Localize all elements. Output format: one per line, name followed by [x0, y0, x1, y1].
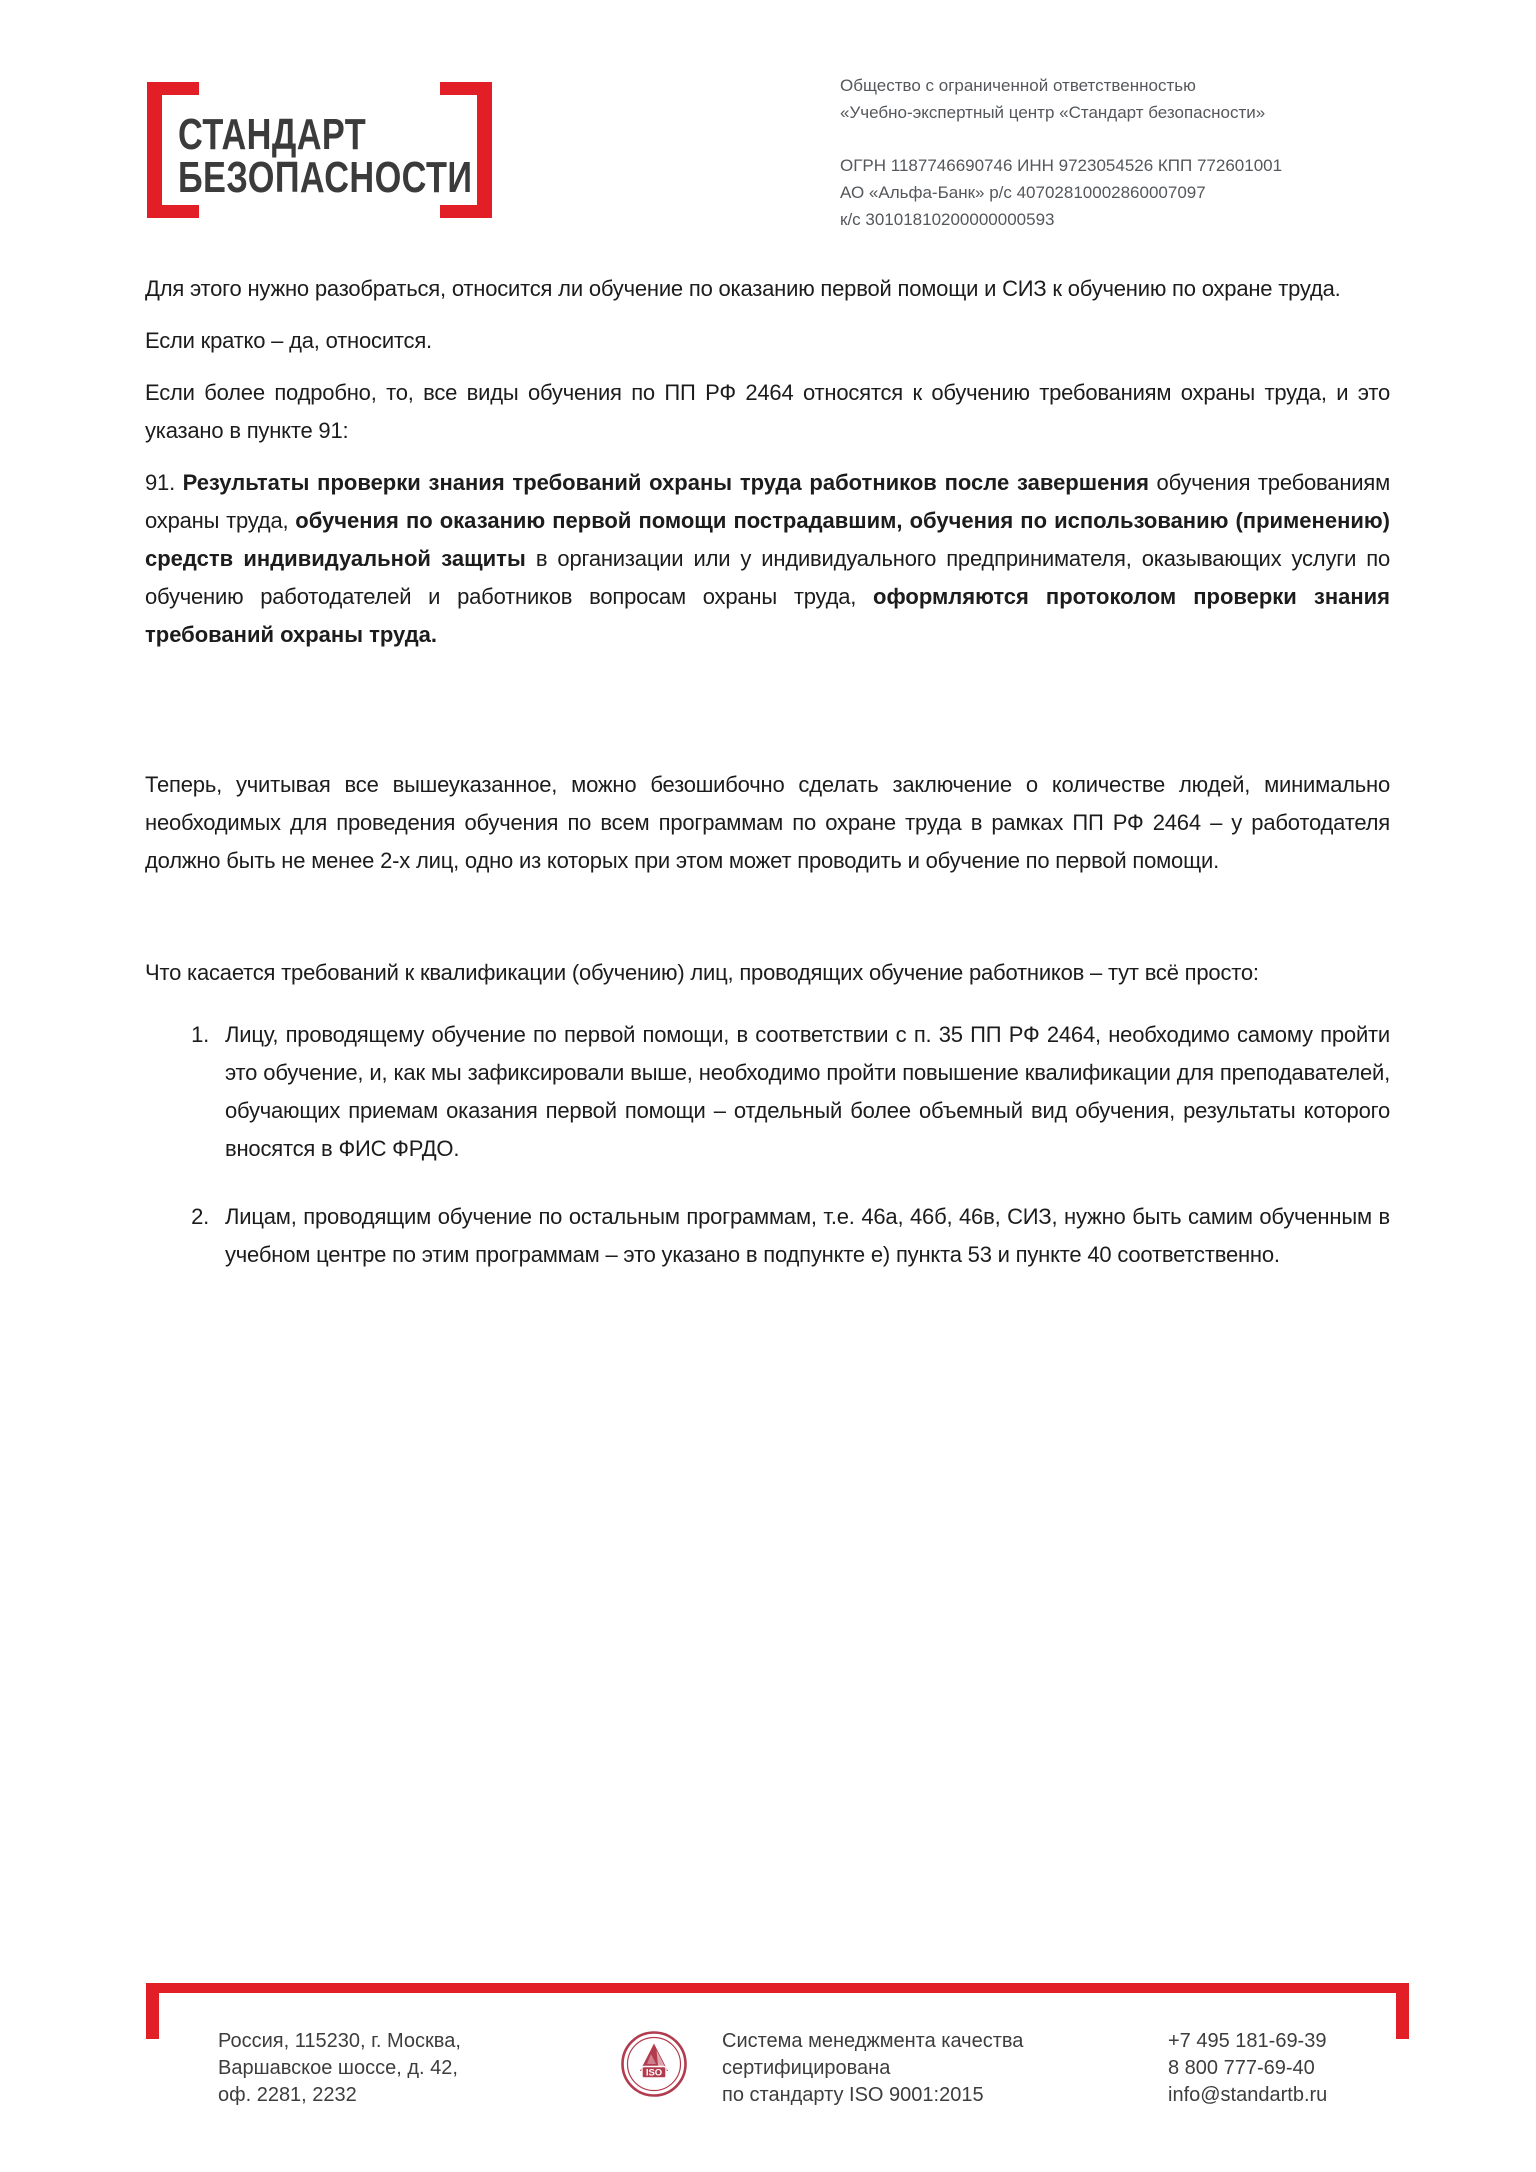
paragraph-detail: Если более подробно, то, все виды обучен…: [145, 374, 1390, 450]
company-requisites: Общество с ограниченной ответственностью…: [840, 72, 1282, 233]
phone-number: +7 495 181-69-39: [1168, 2028, 1327, 2055]
paragraph-conclusion: Теперь, учитывая все вышеуказанное, можн…: [145, 766, 1390, 880]
list-item: Лицам, проводящим обучение по остальным …: [215, 1198, 1390, 1274]
company-logo: СТАНДАРТ БЕЗОПАСНОСТИ: [147, 82, 492, 218]
email-address: info@standartb.ru: [1168, 2082, 1327, 2109]
list-item: Лицу, проводящему обучение по первой пом…: [215, 1016, 1390, 1168]
quality-line: сертифицирована: [722, 2055, 1023, 2082]
iso-badge-icon: ISO: [620, 2030, 688, 2098]
phone-number: 8 800 777-69-40: [1168, 2055, 1327, 2082]
org-ogrn-inn-kpp: ОГРН 1187746690746 ИНН 9723054526 КПП 77…: [840, 152, 1282, 179]
letter-body: Для этого нужно разобраться, относится л…: [145, 270, 1390, 1274]
org-corr-account: к/с 30101810200000000593: [840, 206, 1282, 233]
paragraph-short-answer: Если кратко – да, относится.: [145, 322, 1390, 360]
address-line: оф. 2281, 2232: [218, 2082, 461, 2109]
footer-contacts: +7 495 181-69-39 8 800 777-69-40 info@st…: [1168, 2028, 1327, 2109]
org-name-line2: «Учебно-экспертный центр «Стандарт безоп…: [840, 99, 1282, 126]
quality-line: по стандарту ISO 9001:2015: [722, 2082, 1023, 2109]
org-name-line1: Общество с ограниченной ответственностью: [840, 72, 1282, 99]
org-gap: [840, 126, 1282, 152]
qualification-list: Лицу, проводящему обучение по первой пом…: [145, 1016, 1390, 1274]
list-item-text: Лицу, проводящему обучение по первой пом…: [225, 1022, 1390, 1161]
paragraph-qualification: Что касается требований к квалификации (…: [145, 954, 1390, 992]
logo-line1: СТАНДАРТ: [178, 113, 472, 156]
footer-address: Россия, 115230, г. Москва, Варшавское шо…: [218, 2028, 461, 2109]
iso-badge-label: ISO: [646, 2068, 662, 2079]
logo-line2: БЕЗОПАСНОСТИ: [178, 156, 472, 199]
logo-text: СТАНДАРТ БЕЗОПАСНОСТИ: [178, 113, 472, 199]
quality-line: Система менеджмента качества: [722, 2028, 1023, 2055]
org-bank-account: АО «Альфа-Банк» р/с 40702810002860007097: [840, 179, 1282, 206]
list-item-text: Лицам, проводящим обучение по остальным …: [225, 1204, 1390, 1267]
letter-page: СТАНДАРТ БЕЗОПАСНОСТИ Общество с огранич…: [0, 0, 1536, 2172]
quote-91-number: 91.: [145, 470, 183, 495]
address-line: Варшавское шоссе, д. 42,: [218, 2055, 461, 2082]
quote-91-bold-1: Результаты проверки знания требований ох…: [183, 470, 1149, 495]
address-line: Россия, 115230, г. Москва,: [218, 2028, 461, 2055]
paragraph-intro: Для этого нужно разобраться, относится л…: [145, 270, 1390, 308]
footer-quality-system: Система менеджмента качества сертифициро…: [722, 2028, 1023, 2109]
paragraph-quote-91: 91. Результаты проверки знания требовани…: [145, 464, 1390, 654]
